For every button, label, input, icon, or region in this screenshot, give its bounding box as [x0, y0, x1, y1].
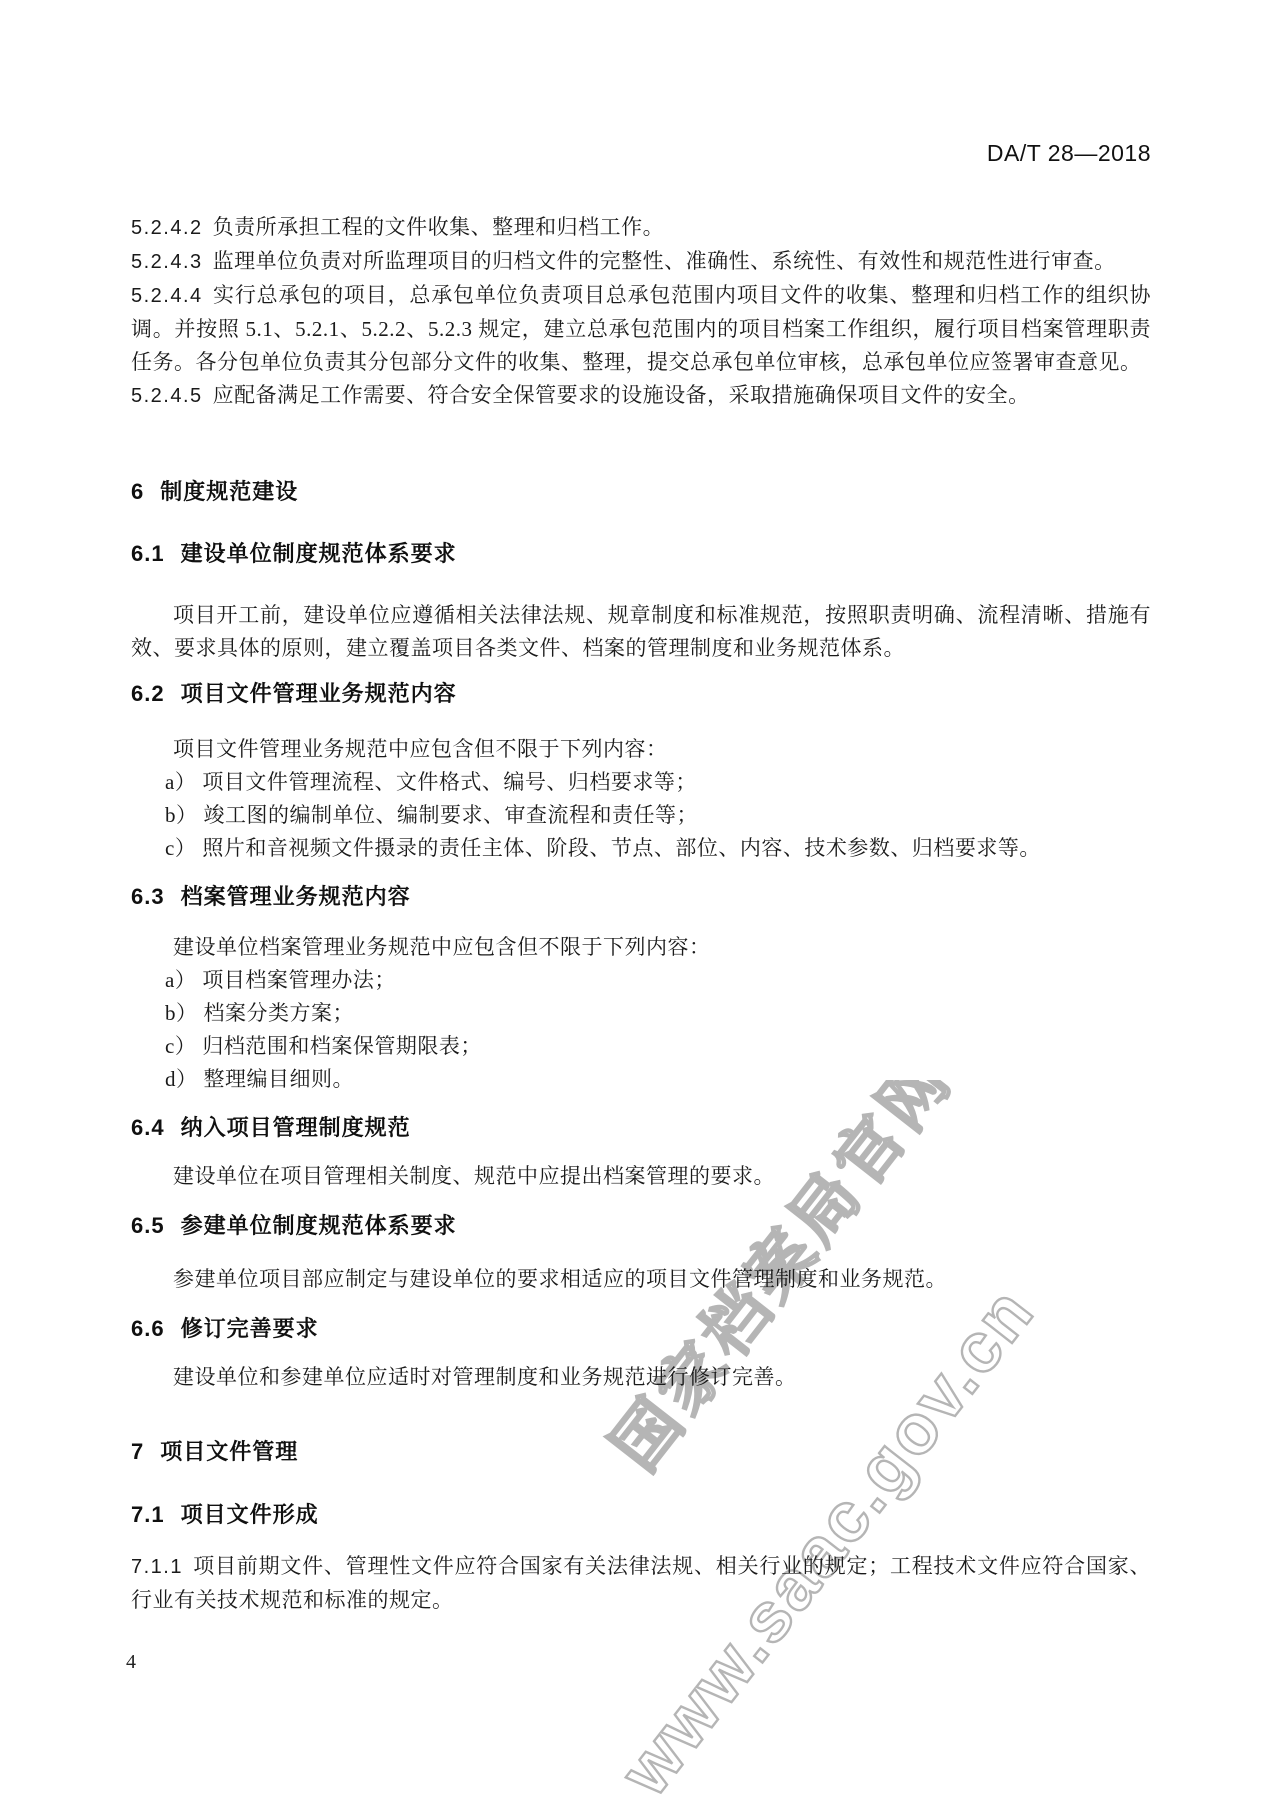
paragraph: 建设单位在项目管理相关制度、规范中应提出档案管理的要求。	[131, 1160, 1151, 1193]
paragraph: 建设单位和参建单位应适时对管理制度和业务规范进行修订完善。	[131, 1361, 1151, 1394]
clause-text: 监理单位负责对所监理项目的归档文件的完整性、准确性、系统性、有效性和规范性进行审…	[213, 249, 1116, 273]
clause-block-5-2-4: 5.2.4.2负责所承担工程的文件收集、整理和归档工作。 5.2.4.3监理单位…	[131, 211, 1151, 413]
list-item: a）项目文件管理流程、文件格式、编号、归档要求等；	[165, 766, 1151, 799]
clause-text: 实行总承包的项目，总承包单位负责项目总承包范围内项目文件的收集、整理和归档工作的…	[131, 283, 1151, 374]
section-heading-7: 7项目文件管理	[131, 1439, 1151, 1465]
item-marker: c）	[165, 836, 196, 860]
clause-number: 5.2.4.5	[131, 385, 203, 407]
lead-paragraph: 建设单位档案管理业务规范中应包含但不限于下列内容：	[131, 931, 1151, 964]
item-text: 归档范围和档案保管期限表；	[202, 1034, 482, 1058]
clause-text: 应配备满足工作需要、符合安全保管要求的设施设备，采取措施确保项目文件的安全。	[213, 383, 1030, 407]
section-heading-6-6: 6.6修订完善要求	[131, 1316, 1151, 1342]
section-title: 纳入项目管理制度规范	[181, 1115, 411, 1140]
item-marker: b）	[165, 1001, 198, 1025]
section-number: 7	[131, 1439, 144, 1464]
section-6-5-body: 参建单位项目部应制定与建设单位的要求相适应的项目文件管理制度和业务规范。	[131, 1263, 1151, 1296]
section-number: 6.5	[131, 1213, 165, 1238]
clause-5-2-4-3: 5.2.4.3监理单位负责对所监理项目的归档文件的完整性、准确性、系统性、有效性…	[131, 245, 1151, 279]
lead-paragraph: 项目文件管理业务规范中应包含但不限于下列内容：	[131, 733, 1151, 766]
list-item: c）照片和音视频文件摄录的责任主体、阶段、节点、部位、内容、技术参数、归档要求等…	[165, 832, 1151, 865]
watermark-text-url: www.saac.gov.cn	[605, 1272, 1049, 1810]
section-title: 项目文件管理	[160, 1439, 298, 1464]
section-number: 6.3	[131, 884, 165, 909]
section-number: 6.6	[131, 1316, 165, 1341]
section-heading-7-1: 7.1项目文件形成	[131, 1502, 1151, 1528]
section-6-6-body: 建设单位和参建单位应适时对管理制度和业务规范进行修订完善。	[131, 1361, 1151, 1394]
section-6-4-body: 建设单位在项目管理相关制度、规范中应提出档案管理的要求。	[131, 1160, 1151, 1193]
section-title: 项目文件管理业务规范内容	[181, 681, 457, 706]
list-item: b）竣工图的编制单位、编制要求、审查流程和责任等；	[165, 799, 1151, 832]
clause-number: 5.2.4.3	[131, 251, 203, 273]
section-title: 参建单位制度规范体系要求	[181, 1213, 457, 1238]
section-6-1-body: 项目开工前，建设单位应遵循相关法律法规、规章制度和标准规范，按照职责明确、流程清…	[131, 599, 1151, 665]
section-heading-6-1: 6.1建设单位制度规范体系要求	[131, 541, 1151, 567]
list-item: b）档案分类方案；	[165, 997, 1151, 1030]
section-number: 6.4	[131, 1115, 165, 1140]
section-title: 制度规范建设	[160, 479, 298, 504]
section-title: 建设单位制度规范体系要求	[181, 541, 457, 566]
clause-number: 5.2.4.4	[131, 285, 203, 307]
section-number: 6.1	[131, 541, 165, 566]
section-number: 6.2	[131, 681, 165, 706]
section-heading-6-2: 6.2项目文件管理业务规范内容	[131, 681, 1151, 707]
section-number: 7.1	[131, 1502, 165, 1527]
section-heading-6-3: 6.3档案管理业务规范内容	[131, 884, 1151, 910]
clause-text: 项目前期文件、管理性文件应符合国家有关法律法规、相关行业的规定；工程技术文件应符…	[131, 1554, 1151, 1612]
paragraph: 参建单位项目部应制定与建设单位的要求相适应的项目文件管理制度和业务规范。	[131, 1263, 1151, 1296]
section-6-3-body: 建设单位档案管理业务规范中应包含但不限于下列内容： a）项目档案管理办法； b）…	[131, 931, 1151, 1096]
item-text: 档案分类方案；	[204, 1001, 355, 1025]
clause-7-1-1: 7.1.1项目前期文件、管理性文件应符合国家有关法律法规、相关行业的规定；工程技…	[131, 1550, 1151, 1617]
item-text: 竣工图的编制单位、编制要求、审查流程和责任等；	[204, 803, 699, 827]
section-heading-6: 6制度规范建设	[131, 479, 1151, 505]
item-marker: c）	[165, 1034, 196, 1058]
document-page: 国家档案局官网 www.saac.gov.cn DA/T 28—2018 5.2…	[0, 0, 1280, 1810]
page-number: 4	[126, 1651, 136, 1674]
paragraph: 项目开工前，建设单位应遵循相关法律法规、规章制度和标准规范，按照职责明确、流程清…	[131, 599, 1151, 665]
section-heading-6-4: 6.4纳入项目管理制度规范	[131, 1115, 1151, 1141]
section-title: 项目文件形成	[181, 1502, 319, 1527]
section-6-2-body: 项目文件管理业务规范中应包含但不限于下列内容： a）项目文件管理流程、文件格式、…	[131, 733, 1151, 865]
list-item: a）项目档案管理办法；	[165, 964, 1151, 997]
clause-text: 负责所承担工程的文件收集、整理和归档工作。	[213, 215, 665, 239]
clause-5-2-4-5: 5.2.4.5应配备满足工作需要、符合安全保管要求的设施设备，采取措施确保项目文…	[131, 379, 1151, 413]
clause-5-2-4-2: 5.2.4.2负责所承担工程的文件收集、整理和归档工作。	[131, 211, 1151, 245]
item-marker: a）	[165, 770, 196, 794]
clause-number: 5.2.4.2	[131, 217, 203, 239]
item-text: 照片和音视频文件摄录的责任主体、阶段、节点、部位、内容、技术参数、归档要求等。	[202, 836, 1041, 860]
standard-code-header: DA/T 28—2018	[131, 140, 1151, 167]
clause-5-2-4-4: 5.2.4.4实行总承包的项目，总承包单位负责项目总承包范围内项目文件的收集、整…	[131, 279, 1151, 379]
item-text: 项目文件管理流程、文件格式、编号、归档要求等；	[202, 770, 697, 794]
list-item: d）整理编目细则。	[165, 1063, 1151, 1096]
item-marker: d）	[165, 1067, 198, 1091]
item-marker: a）	[165, 968, 196, 992]
section-heading-6-5: 6.5参建单位制度规范体系要求	[131, 1213, 1151, 1239]
section-title: 修订完善要求	[181, 1316, 319, 1341]
list-item: c）归档范围和档案保管期限表；	[165, 1030, 1151, 1063]
section-number: 6	[131, 479, 144, 504]
item-marker: b）	[165, 803, 198, 827]
item-text: 项目档案管理办法；	[202, 968, 396, 992]
item-text: 整理编目细则。	[204, 1067, 355, 1091]
clause-number: 7.1.1	[131, 1556, 183, 1578]
section-title: 档案管理业务规范内容	[181, 884, 411, 909]
